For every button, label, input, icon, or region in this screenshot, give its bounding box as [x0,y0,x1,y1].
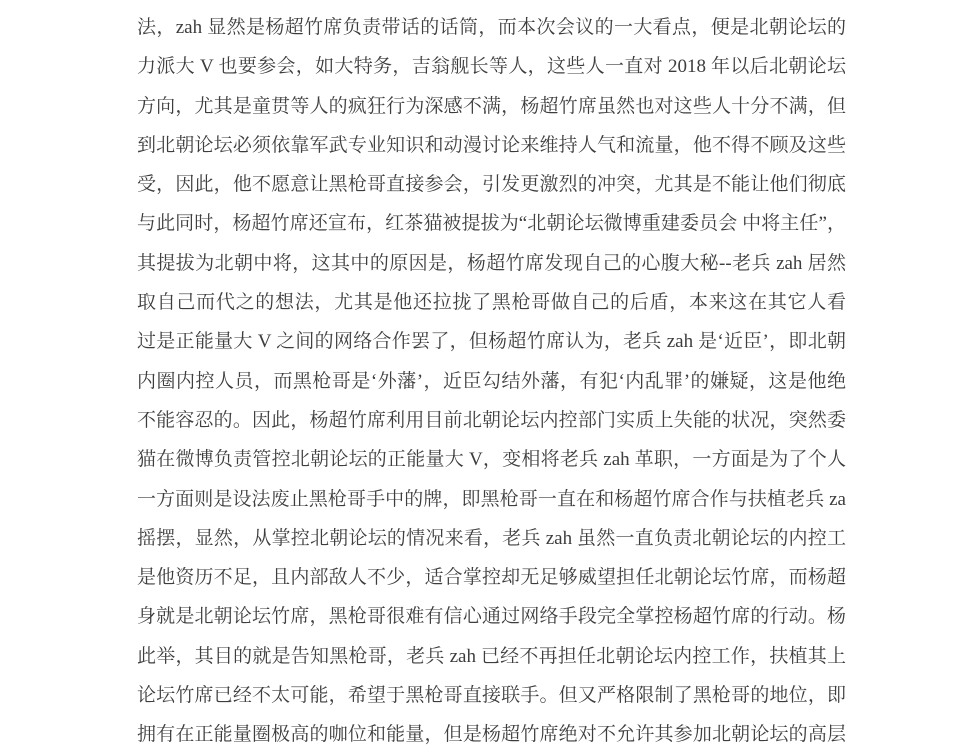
text-block: 法，zah 显然是杨超竹席负责带话的话筒，而本次会议的一大看点，便是北朝论坛的其… [137,8,846,755]
document-page: 法，zah 显然是杨超竹席负责带话的话筒，而本次会议的一大看点，便是北朝论坛的其… [0,0,978,755]
text-line: 论坛竹席已经不太可能，希望于黑枪哥直接联手。但又严格限制了黑枪哥的地位，即其可以 [137,676,846,715]
text-line: 摇摆，显然，从掌控北朝论坛的情况来看，老兵 zah 虽然一直负责北朝论坛的内控工… [137,519,846,558]
text-line: 方向，尤其是童贯等人的疯狂行为深感不满，杨超竹席虽然也对这些人十分不满，但是考虑 [137,87,846,126]
text-line: 法，zah 显然是杨超竹席负责带话的话筒，而本次会议的一大看点，便是北朝论坛的其… [137,8,846,47]
text-line: 到北朝论坛必须依靠军武专业知识和动漫讨论来维持人气和流量，他不得不顾及这些人的感 [137,126,846,165]
text-line: 此举，其目的就是告知黑枪哥，老兵 zah 已经不再担任北朝论坛内控工作，扶植其上… [137,637,846,676]
text-line: 身就是北朝论坛竹席，黑枪哥很难有信心通过网络手段完全掌控杨超竹席的行动。杨超竹席 [137,597,846,636]
text-line: 与此同时，杨超竹席还宣布，红茶猫被提拔为“北朝论坛微博重建委员会 中将主任”，把 [137,204,846,243]
text-line: 猫在微博负责管控北朝论坛的正能量大 V，变相将老兵 zah 革职，一方面是为了个… [137,440,846,479]
text-line: 内圈内控人员，而黑枪哥是‘外藩’，近臣勾结外藩，有犯‘内乱罪’的嫌疑，这是他绝对 [137,362,846,401]
text-line: 过是正能量大 V 之间的网络合作罢了，但杨超竹席认为，老兵 zah 是‘近臣’，… [137,322,846,361]
text-line: 不能容忍的。因此，杨超竹席利用目前北朝论坛内控部门实质上失能的状况，突然委任红茶 [137,401,846,440]
text-line: 取自己而代之的想法，尤其是他还拉拢了黑枪哥做自己的后盾，本来这在其它人看来，只不 [137,283,846,322]
text-line: 一方面则是设法废止黑枪哥手中的牌，即黑枪哥一直在和杨超竹席合作与扶植老兵 zah… [137,480,846,519]
text-line: 其提拔为北朝中将，这其中的原因是，杨超竹席发现自己的心腹大秘--老兵 zah 居… [137,244,846,283]
text-line: 拥有在正能量圈极高的咖位和能量，但是杨超竹席绝对不允许其参加北朝论坛的高层决策。 [137,715,846,754]
text-line: 是他资历不足，且内部敌人不少，适合掌控却无足够威望担任北朝论坛竹席，而杨超竹席本 [137,558,846,597]
text-line: 受，因此，他不愿意让黑枪哥直接参会，引发更激烈的冲突，尤其是不能让他们彻底吵翻天… [137,165,846,204]
text-line: 力派大 V 也要参会，如大特务，吉翁舰长等人，这些人一直对 2018 年以后北朝… [137,47,846,86]
